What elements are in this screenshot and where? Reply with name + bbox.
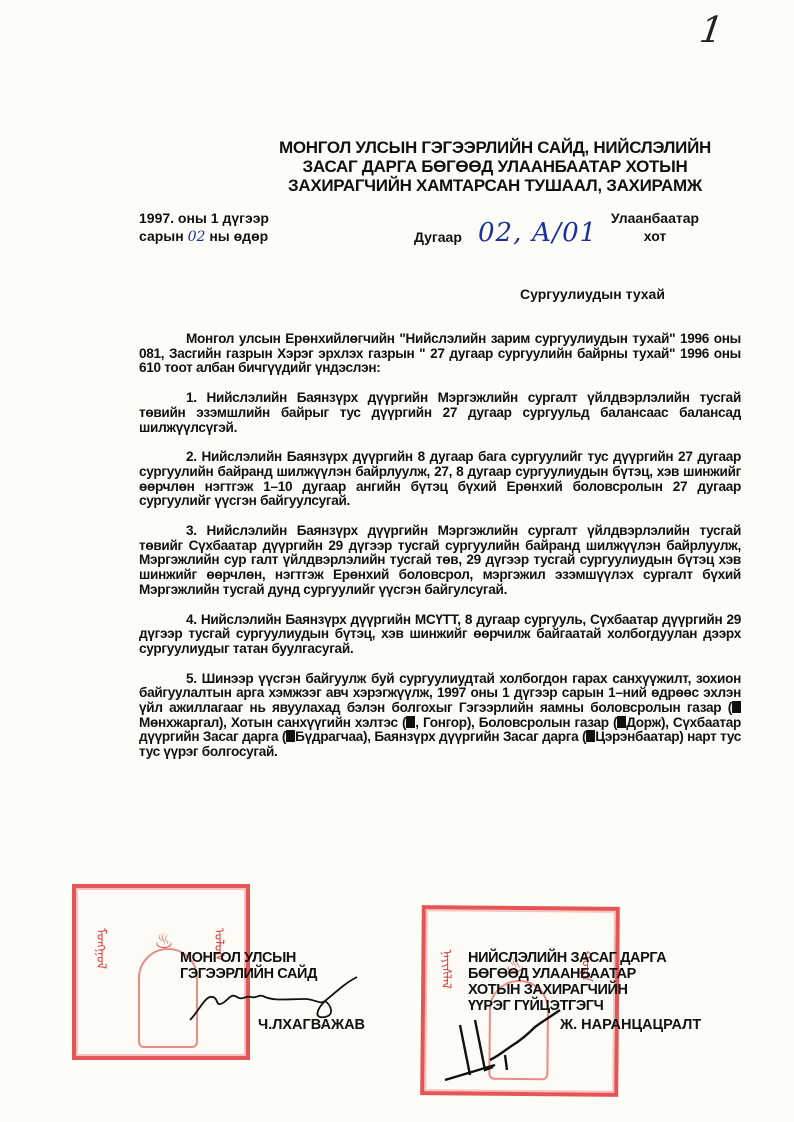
date-line-2: сарын 02 ны өдөр [139, 227, 269, 246]
date-block: 1997. оны 1 дүгээр сарын 02 ны өдөр [139, 209, 269, 246]
left-signatory-name: Ч.ЛХАГВАЖАВ [258, 1017, 365, 1033]
clause-5: 5. Шинээр үүсгэн байгуулж буй сургуулиуд… [139, 672, 741, 760]
flame-icon: ♨ [154, 928, 174, 954]
clause-4: 4. Нийслэлийн Баянзүрх дүүргийн МСҮТТ, 8… [139, 613, 741, 657]
document-title: МОНГОЛ УЛСЫН ГЭГЭЭРЛИЙН САЙД, НИЙСЛЭЛИЙН… [270, 138, 720, 195]
redacted-initial [406, 716, 415, 728]
redacted-initial [286, 730, 295, 742]
document-body: Монгол улсын Ерөнхийлөгчийн "Нийслэлийн … [139, 332, 741, 775]
title-line: МОНГОЛ УЛСЫН ГЭГЭЭРЛИЙН САЙД, НИЙСЛЭЛИЙН [270, 138, 720, 157]
handwritten-day: 02 [188, 229, 206, 245]
title-line: ЗАХИРАГЧИЙН ХАМТАРСАН ТУШААЛ, ЗАХИРАМЖ [270, 176, 720, 195]
clause-2: 2. Нийслэлийн Баянзүрх дүүргийн 8 дугаар… [139, 450, 741, 509]
right-signatory-name: Ж. НАРАНЦАЦРАЛТ [560, 1017, 701, 1033]
mongol-script-icon: ᠮᠣᠩᠭᠣᠯ [90, 928, 113, 969]
redacted-initial [586, 730, 595, 742]
page-number-handwritten: 1 [697, 10, 726, 51]
number-label: Дугаар [414, 229, 462, 245]
handwritten-document-number: 02, А/01 [478, 218, 597, 248]
redacted-initial [732, 701, 741, 713]
title-line: ЗАСАГ ДАРГА БӨГӨӨД УЛААНБААТАР ХОТЫН [270, 157, 720, 176]
clause-1: 1. Нийслэлийн Баянзүрх дүүргийн Мэргэжли… [139, 391, 741, 435]
city-block: Улаанбаатар хот [605, 209, 705, 245]
redacted-initial [617, 716, 626, 728]
preamble-paragraph: Монгол улсын Ерөнхийлөгчийн "Нийслэлийн … [139, 332, 741, 376]
right-signature-icon [435, 1005, 565, 1085]
date-line-1: 1997. оны 1 дүгээр [139, 209, 269, 227]
clause-3: 3. Нийслэлийн Баянзүрх дүүргийн Мэргэжли… [139, 524, 741, 598]
mongol-script-icon: ᠨᠡᠶᠢᠰᠯᠡᠯ [435, 949, 458, 989]
subject-heading: Сургуулиудын тухай [520, 286, 665, 302]
